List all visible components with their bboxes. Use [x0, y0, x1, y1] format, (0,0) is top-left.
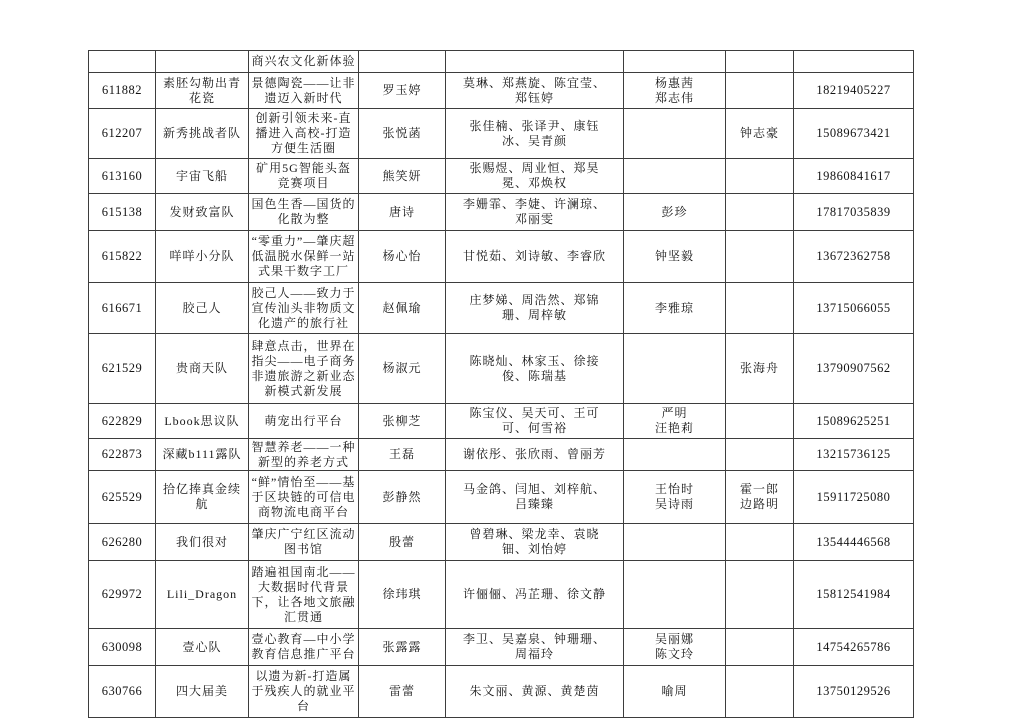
cell-team-name: 素胚勾勒出青花瓷: [156, 73, 249, 109]
cell-instructor-b: [726, 231, 794, 283]
table-row: 611882素胚勾勒出青花瓷景德陶瓷——让非遗迈入新时代罗玉婷莫琳、郑燕旋、陈宜…: [89, 73, 914, 109]
cell-team-id: 629972: [89, 561, 156, 629]
cell-project-name: “鲜”情怡至——基于区块链的可信电商物流电商平台: [249, 471, 359, 524]
cell-phone-number: 15089625251: [794, 404, 914, 439]
cell-team-id: [89, 51, 156, 73]
cell-leader-name: 杨淑元: [359, 334, 446, 404]
cell-phone-number: 15089673421: [794, 109, 914, 159]
cell-team-id: 622829: [89, 404, 156, 439]
cell-phone-number: 13215736125: [794, 439, 914, 471]
cell-instructor-a: 严明 汪艳莉: [624, 404, 726, 439]
cell-phone-number: 13715066055: [794, 283, 914, 334]
cell-project-name: “零重力”—肇庆超低温脱水保鲜一站式果干数字工厂: [249, 231, 359, 283]
cell-project-name: 胶己人——致力于宣传汕头非物质文化遗产的旅行社: [249, 283, 359, 334]
cell-team-id: 630098: [89, 629, 156, 666]
table-row: 621529贵商天队肆意点击，世界在指尖——电子商务非遗旅游之新业态新模式新发展…: [89, 334, 914, 404]
table-row: 616671胶己人胶己人——致力于宣传汕头非物质文化遗产的旅行社赵佩瑜庄梦娣、周…: [89, 283, 914, 334]
cell-instructor-a: [624, 159, 726, 194]
cell-instructor-b: [726, 629, 794, 666]
cell-member-names: 李姗霏、李婕、许澜琼、邓丽雯: [446, 194, 624, 231]
cell-project-name: 壹心教育—中小学教育信息推广平台: [249, 629, 359, 666]
cell-member-names: 曾碧琳、梁龙幸、袁晓钿、刘怡婷: [446, 524, 624, 561]
cell-team-name: 深藏b111露队: [156, 439, 249, 471]
cell-member-names: 谢依彤、张欣雨、曾丽芳: [446, 439, 624, 471]
cell-leader-name: [359, 51, 446, 73]
cell-phone-number: 13750129526: [794, 666, 914, 718]
cell-team-id: 621529: [89, 334, 156, 404]
cell-team-id: 612207: [89, 109, 156, 159]
cell-phone-number: 13790907562: [794, 334, 914, 404]
cell-team-name: [156, 51, 249, 73]
table-row: 630098壹心队壹心教育—中小学教育信息推广平台张露露李卫、吴嘉泉、钟珊珊、周…: [89, 629, 914, 666]
cell-member-names: 许俪俪、冯芷珊、徐文静: [446, 561, 624, 629]
cell-team-name: 拾亿捧真金续航: [156, 471, 249, 524]
cell-member-names: 陈晓灿、林家玉、徐接俊、陈瑞基: [446, 334, 624, 404]
cell-team-id: 616671: [89, 283, 156, 334]
cell-member-names: [446, 51, 624, 73]
table-row: 622873深藏b111露队智慧养老——一种新型的养老方式王磊谢依彤、张欣雨、曾…: [89, 439, 914, 471]
cell-phone-number: 13672362758: [794, 231, 914, 283]
cell-team-id: 622873: [89, 439, 156, 471]
cell-instructor-b: 张海舟: [726, 334, 794, 404]
cell-leader-name: 张露露: [359, 629, 446, 666]
cell-leader-name: 殷蕾: [359, 524, 446, 561]
cell-team-id: 630766: [89, 666, 156, 718]
cell-project-name: 智慧养老——一种新型的养老方式: [249, 439, 359, 471]
table-row: 商兴农文化新体验: [89, 51, 914, 73]
cell-team-name: 发财致富队: [156, 194, 249, 231]
cell-team-id: 625529: [89, 471, 156, 524]
cell-instructor-b: [726, 524, 794, 561]
cell-team-name: Lbook思议队: [156, 404, 249, 439]
cell-team-name: 胶己人: [156, 283, 249, 334]
cell-team-name: 我们很对: [156, 524, 249, 561]
cell-instructor-a: 钟坚毅: [624, 231, 726, 283]
cell-instructor-a: 彭珍: [624, 194, 726, 231]
cell-team-name: Lili_Dragon: [156, 561, 249, 629]
registration-table: 商兴农文化新体验611882素胚勾勒出青花瓷景德陶瓷——让非遗迈入新时代罗玉婷莫…: [88, 50, 914, 718]
cell-instructor-b: 霍一郎 边路明: [726, 471, 794, 524]
cell-phone-number: 13544446568: [794, 524, 914, 561]
table-body: 商兴农文化新体验611882素胚勾勒出青花瓷景德陶瓷——让非遗迈入新时代罗玉婷莫…: [89, 51, 914, 718]
cell-instructor-a: [624, 334, 726, 404]
cell-leader-name: 罗玉婷: [359, 73, 446, 109]
cell-project-name: 矿用5G智能头盔竞赛项目: [249, 159, 359, 194]
cell-team-name: 贵商天队: [156, 334, 249, 404]
cell-team-name: 咩咩小分队: [156, 231, 249, 283]
cell-instructor-b: [726, 283, 794, 334]
cell-member-names: 张赐煜、周业恒、郑昊冕、邓焕权: [446, 159, 624, 194]
cell-team-name: 宇宙飞船: [156, 159, 249, 194]
table-row: 622829Lbook思议队萌宠出行平台张柳芝陈宝仪、吴天可、王可可、何雪裕严明…: [89, 404, 914, 439]
cell-instructor-a: [624, 524, 726, 561]
cell-instructor-b: [726, 561, 794, 629]
table-row: 613160宇宙飞船矿用5G智能头盔竞赛项目熊笑妍张赐煜、周业恒、郑昊冕、邓焕权…: [89, 159, 914, 194]
table-row: 629972Lili_Dragon踏遍祖国南北——大数据时代背景下，让各地文旅融…: [89, 561, 914, 629]
cell-member-names: 朱文丽、黄源、黄楚茵: [446, 666, 624, 718]
cell-leader-name: 杨心怡: [359, 231, 446, 283]
cell-team-name: 新秀挑战者队: [156, 109, 249, 159]
table-row: 612207新秀挑战者队创新引领未来-直播进入高校-打造方便生活圈张悦菡张佳楠、…: [89, 109, 914, 159]
cell-member-names: 甘悦茹、刘诗敏、李睿欣: [446, 231, 624, 283]
cell-instructor-b: [726, 159, 794, 194]
cell-instructor-b: [726, 73, 794, 109]
cell-leader-name: 雷蕾: [359, 666, 446, 718]
cell-instructor-a: 喻周: [624, 666, 726, 718]
cell-instructor-b: [726, 439, 794, 471]
cell-member-names: 陈宝仪、吴天可、王可可、何雪裕: [446, 404, 624, 439]
cell-project-name: 创新引领未来-直播进入高校-打造方便生活圈: [249, 109, 359, 159]
cell-phone-number: 14754265786: [794, 629, 914, 666]
cell-phone-number: 18219405227: [794, 73, 914, 109]
cell-team-name: 四大届美: [156, 666, 249, 718]
cell-team-id: 611882: [89, 73, 156, 109]
cell-phone-number: 19860841617: [794, 159, 914, 194]
cell-leader-name: 彭静然: [359, 471, 446, 524]
cell-instructor-a: [624, 439, 726, 471]
cell-instructor-a: 王怡时 吴诗雨: [624, 471, 726, 524]
cell-member-names: 莫琳、郑燕旋、陈宜莹、郑钰婷: [446, 73, 624, 109]
cell-phone-number: 15812541984: [794, 561, 914, 629]
cell-member-names: 李卫、吴嘉泉、钟珊珊、周福玲: [446, 629, 624, 666]
cell-instructor-a: [624, 561, 726, 629]
cell-phone-number: 17817035839: [794, 194, 914, 231]
document-page: 商兴农文化新体验611882素胚勾勒出青花瓷景德陶瓷——让非遗迈入新时代罗玉婷莫…: [0, 0, 1024, 722]
cell-instructor-a: [624, 51, 726, 73]
table-row: 626280我们很对肇庆广宁红区流动图书馆殷蕾曾碧琳、梁龙幸、袁晓钿、刘怡婷13…: [89, 524, 914, 561]
cell-team-id: 615138: [89, 194, 156, 231]
cell-member-names: 庄梦娣、周浩然、郑锦珊、周梓敏: [446, 283, 624, 334]
cell-leader-name: 张柳芝: [359, 404, 446, 439]
cell-instructor-b: [726, 666, 794, 718]
cell-instructor-a: 李雅琼: [624, 283, 726, 334]
table-row: 615138发财致富队国色生香—国货的化散为整唐诗李姗霏、李婕、许澜琼、邓丽雯彭…: [89, 194, 914, 231]
cell-leader-name: 熊笑妍: [359, 159, 446, 194]
cell-member-names: 张佳楠、张译尹、康钰冰、吴青颜: [446, 109, 624, 159]
cell-instructor-b: [726, 194, 794, 231]
cell-instructor-a: [624, 109, 726, 159]
cell-project-name: 商兴农文化新体验: [249, 51, 359, 73]
cell-project-name: 踏遍祖国南北——大数据时代背景下，让各地文旅融汇贯通: [249, 561, 359, 629]
cell-leader-name: 赵佩瑜: [359, 283, 446, 334]
cell-team-name: 壹心队: [156, 629, 249, 666]
table-row: 630766四大届美以遗为新-打造属于残疾人的就业平台雷蕾朱文丽、黄源、黄楚茵喻…: [89, 666, 914, 718]
table-row: 625529拾亿捧真金续航“鲜”情怡至——基于区块链的可信电商物流电商平台彭静然…: [89, 471, 914, 524]
cell-project-name: 以遗为新-打造属于残疾人的就业平台: [249, 666, 359, 718]
cell-member-names: 马金鸽、闫旭、刘梓航、吕臻臻: [446, 471, 624, 524]
cell-instructor-a: 吴丽娜 陈文玲: [624, 629, 726, 666]
cell-project-name: 国色生香—国货的化散为整: [249, 194, 359, 231]
cell-project-name: 景德陶瓷——让非遗迈入新时代: [249, 73, 359, 109]
cell-instructor-b: [726, 404, 794, 439]
cell-instructor-a: 杨惠茜 郑志伟: [624, 73, 726, 109]
cell-project-name: 肇庆广宁红区流动图书馆: [249, 524, 359, 561]
cell-instructor-b: [726, 51, 794, 73]
cell-leader-name: 张悦菡: [359, 109, 446, 159]
cell-project-name: 肆意点击，世界在指尖——电子商务非遗旅游之新业态新模式新发展: [249, 334, 359, 404]
cell-leader-name: 唐诗: [359, 194, 446, 231]
cell-team-id: 615822: [89, 231, 156, 283]
cell-phone-number: [794, 51, 914, 73]
cell-phone-number: 15911725080: [794, 471, 914, 524]
cell-team-id: 613160: [89, 159, 156, 194]
cell-team-id: 626280: [89, 524, 156, 561]
cell-leader-name: 徐玮琪: [359, 561, 446, 629]
cell-instructor-b: 钟志豪: [726, 109, 794, 159]
cell-leader-name: 王磊: [359, 439, 446, 471]
table-row: 615822咩咩小分队“零重力”—肇庆超低温脱水保鲜一站式果干数字工厂杨心怡甘悦…: [89, 231, 914, 283]
cell-project-name: 萌宠出行平台: [249, 404, 359, 439]
